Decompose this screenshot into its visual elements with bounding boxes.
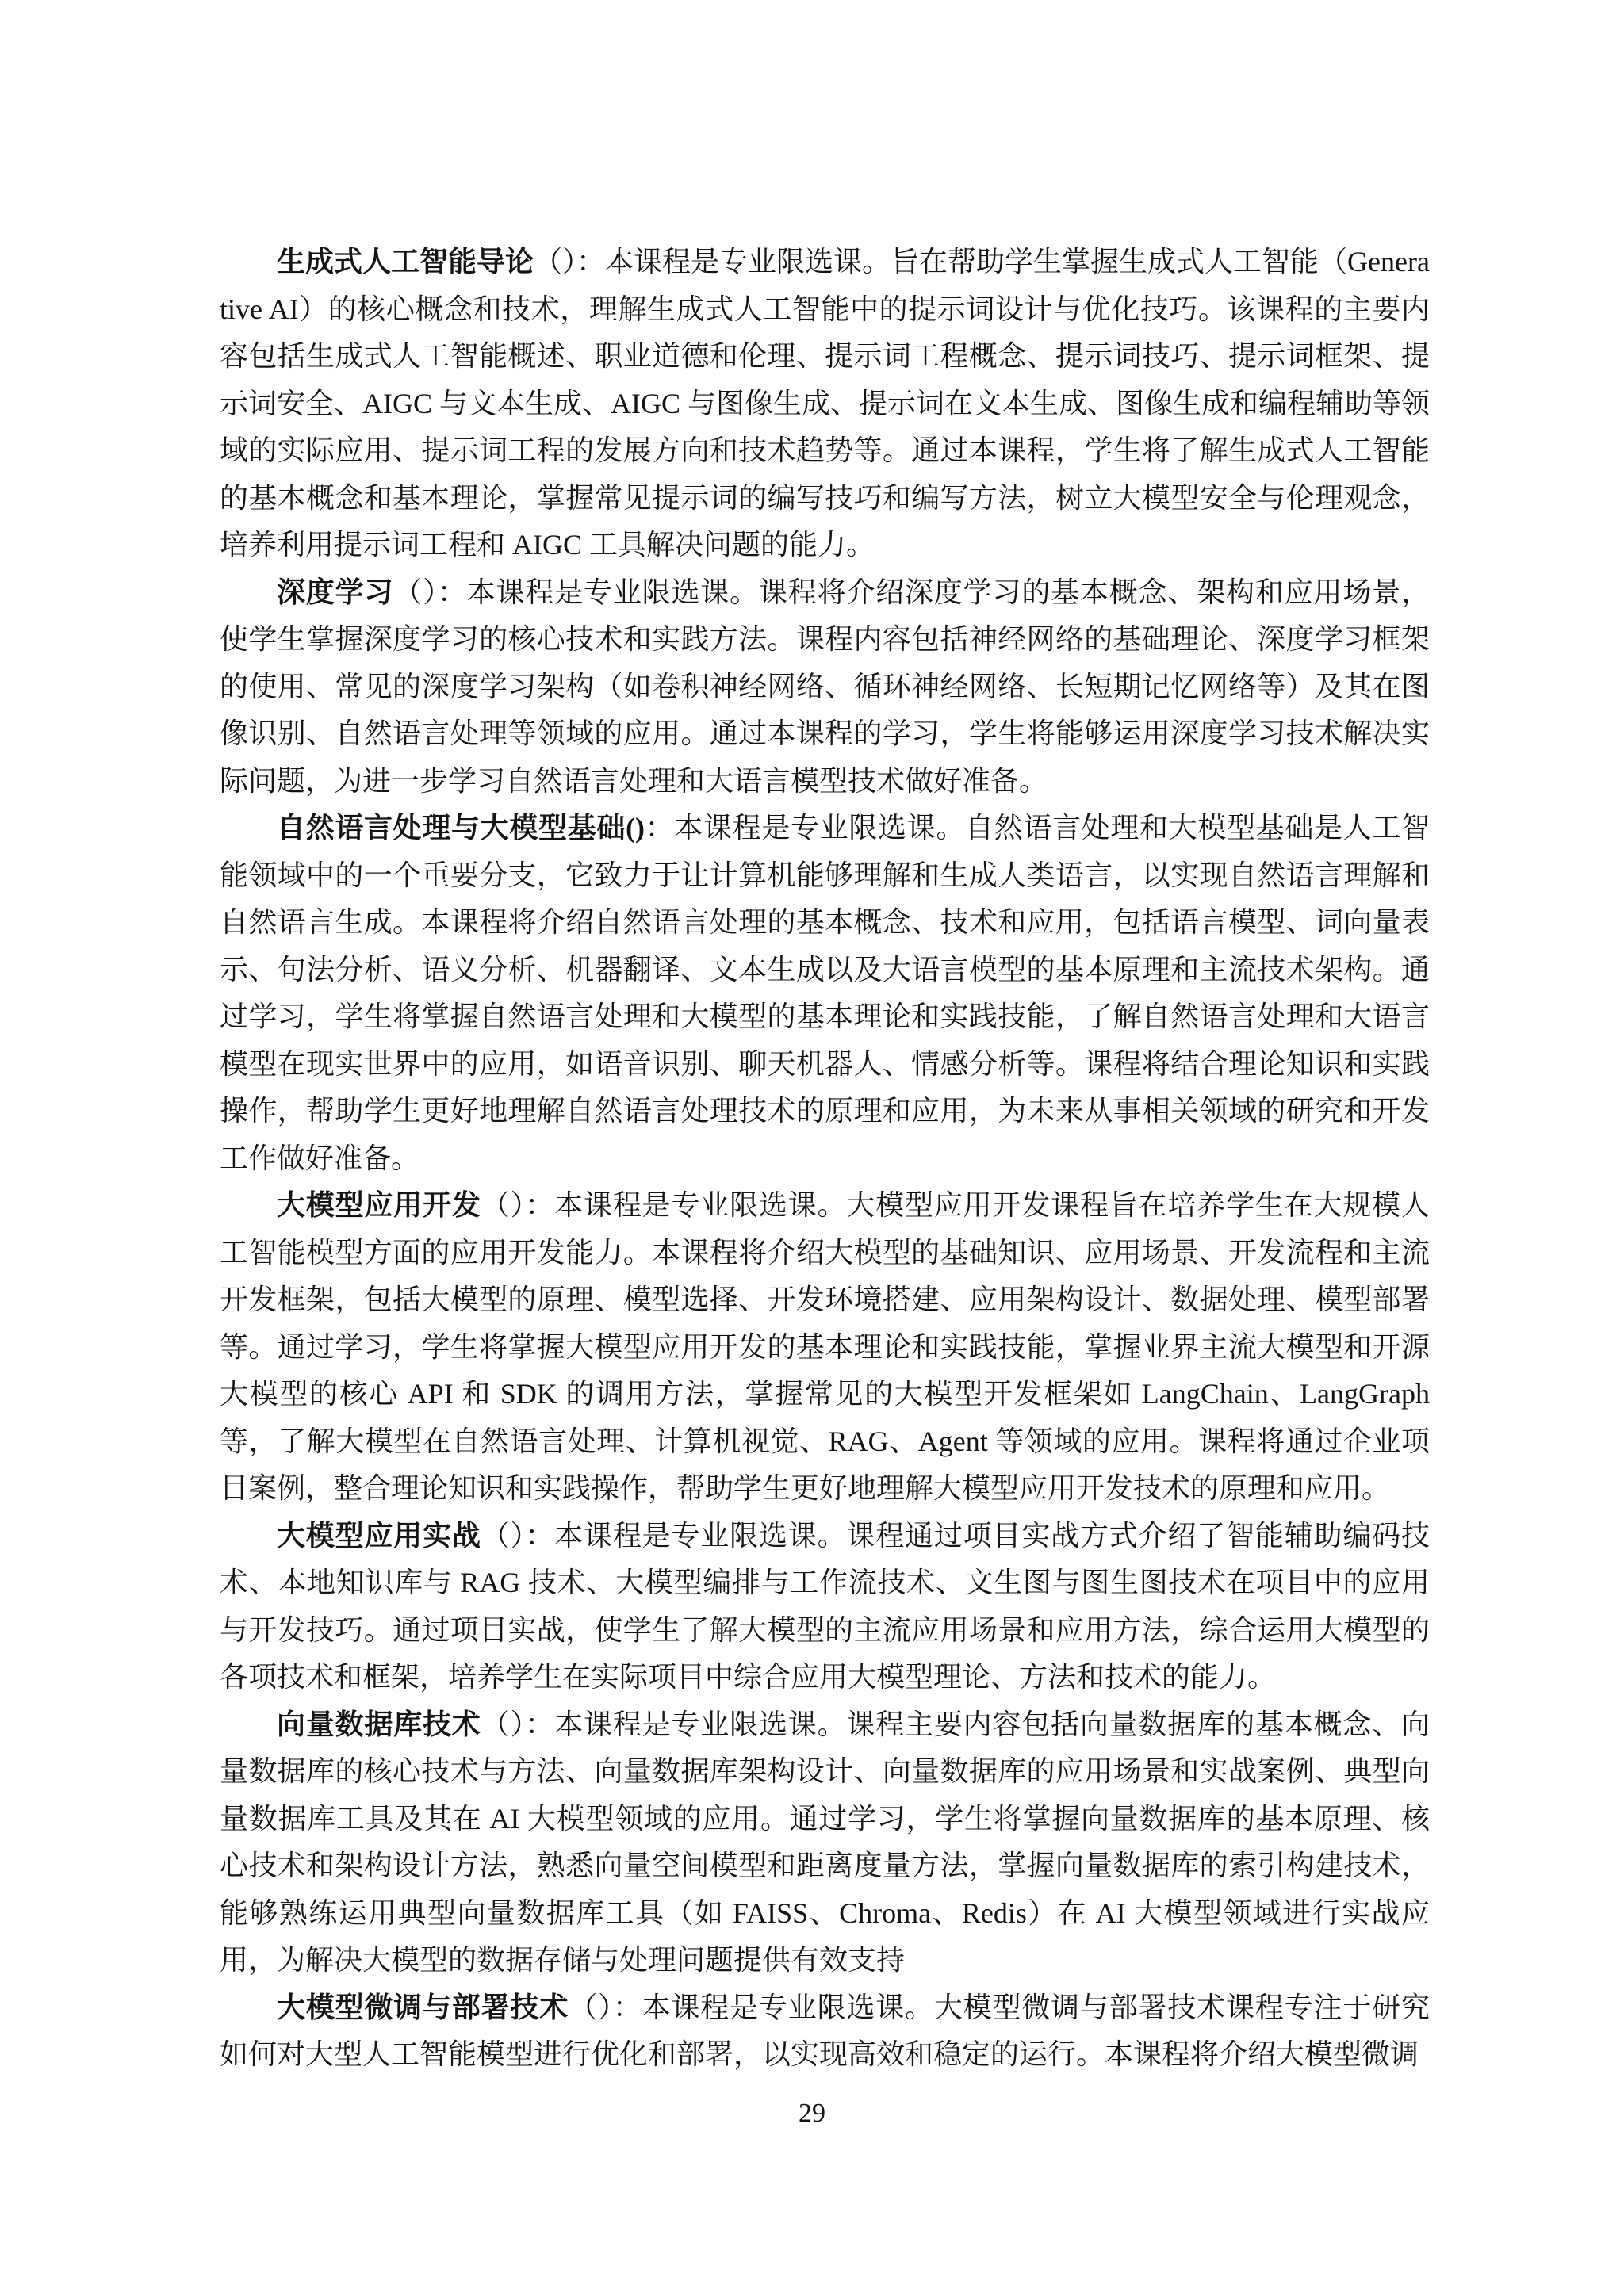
paragraph-llm-finetune-deploy-course: 大模型微调与部署技术（）：本课程是专业限选课。大模型微调与部署技术课程专注于研究… [220, 1984, 1430, 2079]
course-title: 大模型应用实战 [277, 1520, 481, 1552]
paragraph-deep-learning-course: 深度学习（）：本课程是专业限选课。课程将介绍深度学习的基本概念、架构和应用场景，… [220, 569, 1430, 806]
course-title: 生成式人工智能导论 [277, 246, 534, 277]
paragraph-llm-app-practice-course: 大模型应用实战（）：本课程是专业限选课。课程通过项目实战方式介绍了智能辅助编码技… [220, 1513, 1430, 1701]
course-title: 大模型微调与部署技术 [277, 1992, 569, 2023]
paragraph-llm-app-dev-course: 大模型应用开发（）：本课程是专业限选课。大模型应用开发课程旨在培养学生在大规模人… [220, 1182, 1430, 1513]
course-description: （）：本课程是专业限选课。大模型应用开发课程旨在培养学生在大规模人工智能模型方面… [220, 1189, 1430, 1504]
paragraph-vector-db-course: 向量数据库技术（）：本课程是专业限选课。课程主要内容包括向量数据库的基本概念、向… [220, 1701, 1430, 1984]
page-content: 生成式人工智能导论（）：本课程是专业限选课。旨在帮助学生掌握生成式人工智能（Ge… [220, 239, 1430, 2079]
course-title: 自然语言处理与大模型基础() [277, 812, 645, 844]
course-description: （）：本课程是专业限选课。课程将介绍深度学习的基本概念、架构和应用场景，使学生掌… [220, 576, 1430, 797]
course-title: 大模型应用开发 [277, 1189, 481, 1221]
paragraph-nlp-llm-basics-course: 自然语言处理与大模型基础()：本课程是专业限选课。自然语言处理和大模型基础是人工… [220, 805, 1430, 1182]
paragraph-genai-intro-course: 生成式人工智能导论（）：本课程是专业限选课。旨在帮助学生掌握生成式人工智能（Ge… [220, 239, 1430, 569]
course-description: ：本课程是专业限选课。自然语言处理和大模型基础是人工智能领域中的一个重要分支，它… [220, 812, 1430, 1174]
document-page: 生成式人工智能导论（）：本课程是专业限选课。旨在帮助学生掌握生成式人工智能（Ge… [0, 0, 1624, 2296]
course-title: 向量数据库技术 [277, 1709, 481, 1740]
course-title: 深度学习 [277, 576, 393, 608]
page-number: 29 [0, 2098, 1624, 2130]
course-description: （）：本课程是专业限选课。课程主要内容包括向量数据库的基本概念、向量数据库的核心… [220, 1709, 1430, 1976]
course-description: （）：本课程是专业限选课。旨在帮助学生掌握生成式人工智能（Generative … [220, 246, 1430, 561]
